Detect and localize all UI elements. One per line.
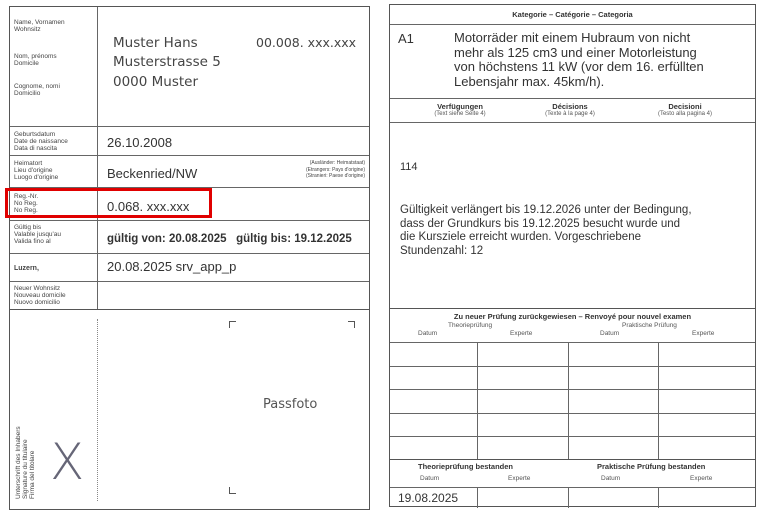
decisions-header-fr: Décisions(Texte à la page 4)	[530, 102, 610, 117]
signature-label: Unterschrift des InhabersSignature du ti…	[15, 426, 36, 499]
license-front-page: Name, VornamenWohnsitz Nom, prénomsDomic…	[9, 6, 370, 510]
origin-row: HeimatortLieu d'origineLuogo d'origine B…	[10, 156, 369, 188]
origin-label: HeimatortLieu d'origineLuogo d'origine	[14, 160, 58, 182]
id-number: 00.008. xxx.xxx	[256, 35, 356, 50]
reexam-practical-label: Praktische Prüfung	[622, 322, 677, 329]
validity-value: gültig von: 20.08.2025 gültig bis: 19.12…	[107, 233, 352, 245]
signature-divider	[97, 319, 98, 501]
reexam-theory-label: Theorieprüfung	[448, 322, 492, 329]
category-code: A1	[398, 31, 414, 46]
reexam-table: Zu neuer Prüfung zurückgewiesen – Renvoy…	[390, 309, 755, 508]
validity-row: Gültig bisValable jusqu'auValida fino al…	[10, 221, 369, 254]
reexam-title: Zu neuer Prüfung zurückgewiesen – Renvoy…	[390, 312, 755, 321]
photo-corner-tr	[348, 321, 355, 328]
decisions-header-row: Verfügungen(Text siehe Seite 4) Décision…	[390, 99, 755, 123]
identity-label-fr: Nom, prénomsDomicile	[14, 53, 57, 67]
identity-label-it: Cognome, nomiDomicilio	[14, 83, 60, 97]
passed-col-date-practical: Datum	[601, 475, 620, 482]
birthdate-label: GeburtsdatumDate de naissanceData di nas…	[14, 131, 68, 153]
reg-highlight-box	[5, 188, 212, 218]
photo-placeholder: Passfoto	[263, 397, 317, 412]
passed-col-expert-practical: Experte	[690, 475, 712, 482]
issued-row: Luzern, 20.08.2025 srv_app_p	[10, 254, 369, 282]
passed-theory-date: 19.08.2025	[398, 491, 458, 505]
origin-notes: (Ausländer: Heimatstaat)(Etrangers: Pays…	[306, 160, 365, 180]
reexam-col-expert-theory: Experte	[510, 330, 532, 337]
identity-row: Name, VornamenWohnsitz Nom, prénomsDomic…	[10, 7, 369, 127]
category-header-row: Kategorie – Catégorie – Categoria	[390, 5, 755, 25]
issued-place: Luzern,	[14, 265, 39, 272]
category-header: Kategorie – Catégorie – Categoria	[390, 10, 755, 19]
decisions-body: 114 Gültigkeit verlängert bis 19.12.2026…	[390, 123, 755, 309]
passed-col-expert-theory: Experte	[508, 475, 530, 482]
new-domicile-label: Neuer WohnsitzNouveau domicileNuovo domi…	[14, 285, 66, 307]
decision-text: Gültigkeit verlängert bis 19.12.2026 unt…	[400, 204, 692, 258]
identity-label-de: Name, VornamenWohnsitz	[14, 19, 65, 33]
decisions-header-it: Decisioni(Testo alla pagina 4)	[635, 102, 735, 117]
decisions-header-de: Verfügungen(Text siehe Seite 4)	[420, 102, 500, 117]
decision-code: 114	[400, 161, 418, 173]
issued-value: 20.08.2025 srv_app_p	[107, 259, 236, 274]
reexam-col-expert-practical: Experte	[692, 330, 714, 337]
category-description: Motorräder mit einem Hubraum von nicht m…	[454, 31, 704, 89]
birthdate-value: 26.10.2008	[107, 135, 172, 150]
validity-label: Gültig bisValable jusqu'auValida fino al	[14, 224, 61, 246]
holder-name: Muster Hans	[113, 35, 198, 51]
holder-city: 0000 Muster	[113, 74, 198, 90]
origin-value: Beckenried/NW	[107, 166, 197, 181]
reexam-col-date-practical: Datum	[600, 330, 619, 337]
passed-theory-title: Theorieprüfung bestanden	[418, 462, 513, 471]
passed-practical-title: Praktische Prüfung bestanden	[597, 462, 705, 471]
signature-mark: X	[50, 437, 84, 487]
holder-street: Musterstrasse 5	[113, 54, 221, 70]
birthdate-row: GeburtsdatumDate de naissanceData di nas…	[10, 127, 369, 156]
photo-corner-tl	[229, 321, 236, 328]
license-back-page: Kategorie – Catégorie – Categoria A1 Mot…	[389, 4, 756, 507]
new-domicile-row: Neuer WohnsitzNouveau domicileNuovo domi…	[10, 282, 369, 310]
reexam-col-date-theory: Datum	[418, 330, 437, 337]
photo-corner-bl	[229, 487, 236, 494]
category-row: A1 Motorräder mit einem Hubraum von nich…	[390, 25, 755, 99]
passed-col-date-theory: Datum	[420, 475, 439, 482]
